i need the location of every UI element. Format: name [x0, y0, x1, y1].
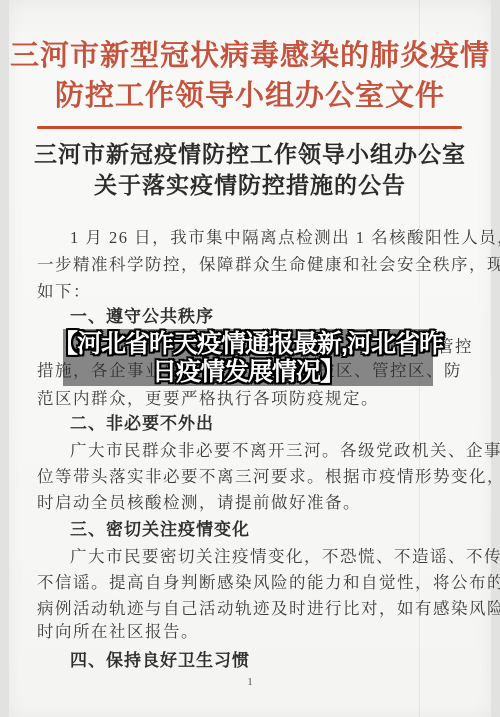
- intro-line-3: 如下：: [37, 281, 462, 303]
- section-heading-2: 二、非必要不外出: [37, 413, 495, 435]
- section-heading-4: 四、保持良好卫生习惯: [37, 650, 495, 672]
- section2-line1: 广大市民群众非必要不离开三河。各级党政机关、企事业单: [37, 440, 495, 462]
- section3-line3: 病例活动轨迹与自己活动轨迹及时进行比对，如有感染风险，及: [37, 598, 462, 620]
- section-heading-1: 一、遵守公共秩序: [37, 306, 495, 328]
- document-title-line1: 三河市新冠疫情防控工作领导小组办公室: [0, 139, 500, 170]
- document-title: 三河市新冠疫情防控工作领导小组办公室 关于落实疫情防控措施的公告: [0, 139, 500, 201]
- section1-line3: 范区内群众，更要严格执行各项防疫规定。: [37, 388, 462, 410]
- section2-line2: 位等带头落实非必要不离三河要求。根据市疫情形势变化，将随: [37, 466, 462, 488]
- document-title-line2: 关于落实疫情防控措施的公告: [0, 170, 500, 201]
- section3-line1: 广大市民要密切关注疫情变化，不恐慌、不造谣、不传谣、: [37, 546, 495, 568]
- intro-line-1: 1 月 26 日，我市集中隔离点检测出 1 名核酸阳性人员，为进: [37, 227, 495, 249]
- letterhead-divider-rule: [37, 126, 462, 129]
- caption-overlay-banner: 【河北省昨天疫情通报最新,河北省昨 日疫情发展情况】: [63, 329, 433, 386]
- section3-line4: 时向所在社区报告。: [37, 621, 462, 643]
- intro-line-2: 一步精准科学防控，保障群众生命健康和社会安全秩序，现通告: [37, 254, 462, 276]
- caption-overlay-line2: 日疫情发展情况】: [152, 358, 344, 386]
- section2-line3: 时启动全员核酸检测，请提前做好准备。: [37, 492, 462, 514]
- document-photo: 三河市新型冠状病毒感染的肺炎疫情 防控工作领导小组办公室文件 三河市新冠疫情防控…: [0, 0, 500, 717]
- section3-line2: 不信谣。提高自身判断感染风险的能力和自觉性，将公布的阳性: [37, 572, 462, 594]
- letterhead-title: 三河市新型冠状病毒感染的肺炎疫情 防控工作领导小组办公室文件: [0, 36, 500, 116]
- letterhead-title-line2: 防控工作领导小组办公室文件: [0, 76, 500, 116]
- letterhead-title-line1: 三河市新型冠状病毒感染的肺炎疫情: [0, 36, 500, 76]
- page-number: 1: [0, 676, 500, 688]
- section-heading-3: 三、密切关注疫情变化: [37, 519, 495, 541]
- caption-overlay-line1: 【河北省昨天疫情通报最新,河北省昨: [53, 330, 443, 358]
